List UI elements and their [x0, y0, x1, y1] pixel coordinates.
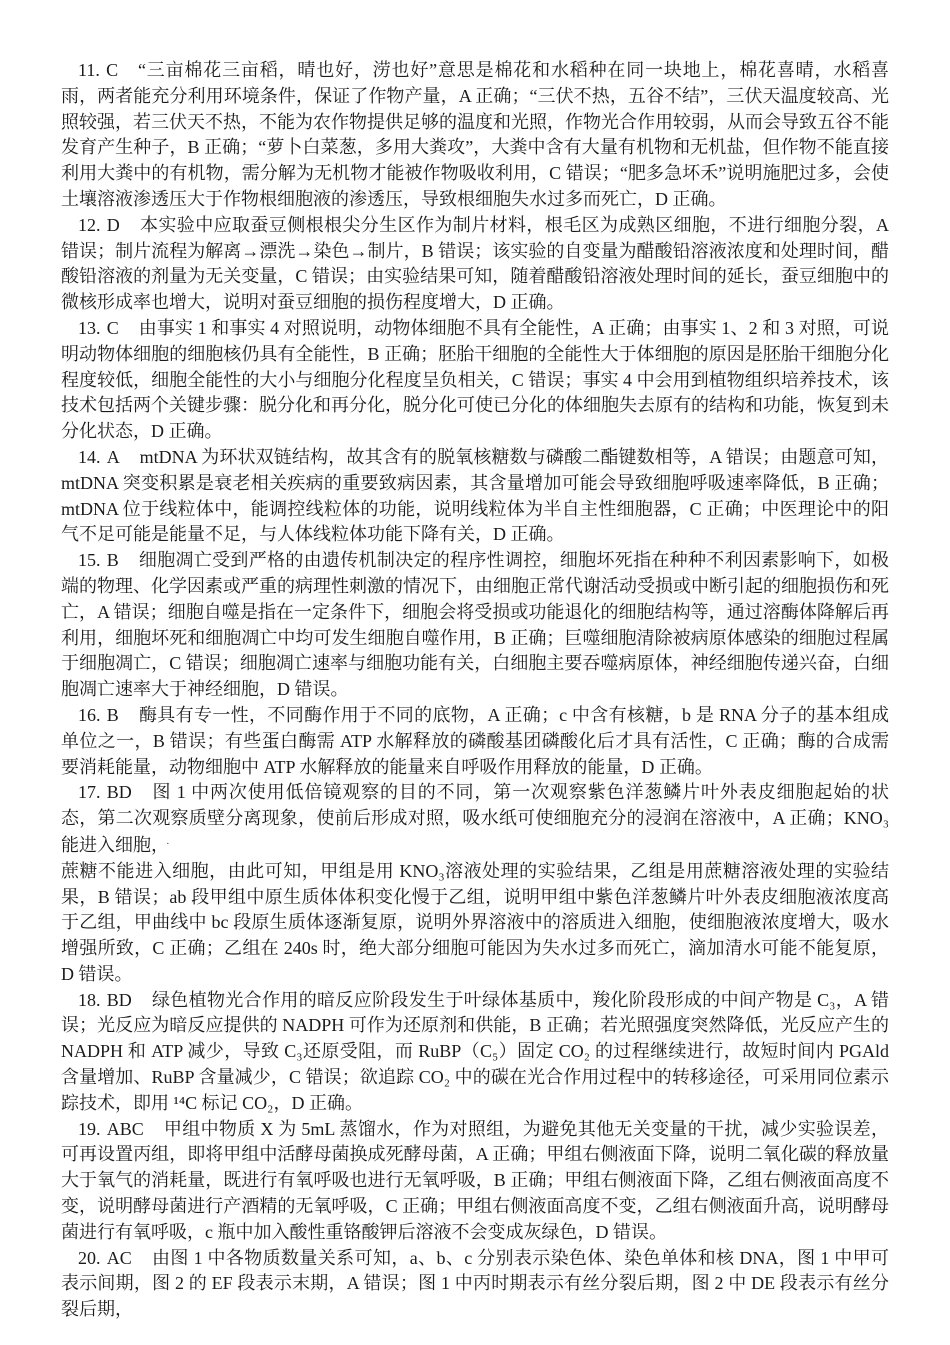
answer-paragraph: 15.B细胞凋亡受到严格的由遗传机制决定的程序性调控，细胞坏死指在种种不利因素影…: [61, 548, 889, 703]
question-number: 13.: [78, 318, 101, 338]
answer-letter: C: [106, 60, 118, 80]
answer-letter: ABC: [107, 1119, 144, 1139]
explanation-text: mtDNA 为环状双链结构，故其含有的脱氧核糖数与磷酸二酯键数相等，A 错误；由…: [61, 447, 889, 544]
answer-item-12: 12.D本实验中应取蚕豆侧根根尖分生区作为制片材料，根毛区为成熟区细胞，不进行细…: [61, 213, 889, 316]
answer-paragraph: 19.ABC甲组中物质 X 为 5mL 蒸馏水，作为对照组，为避免其他无关变量的…: [61, 1117, 889, 1246]
answer-letter: D: [107, 215, 120, 235]
explanation-text: 绿色植物光合作用的暗反应阶段发生于叶绿体基质中，羧化阶段形成的中间产物是 C₃，…: [61, 990, 889, 1113]
answer-paragraph: 13.C由事实 1 和事实 4 对照说明，动物体细胞不具有全能性，A 正确；由事…: [61, 316, 889, 445]
answer-item-14: 14.AmtDNA 为环状双链结构，故其含有的脱氧核糖数与磷酸二酯键数相等，A …: [61, 445, 889, 548]
question-number: 16.: [78, 705, 101, 725]
answer-paragraph: 14.AmtDNA 为环状双链结构，故其含有的脱氧核糖数与磷酸二酯键数相等，A …: [61, 445, 889, 548]
explanation-text: 甲组中物质 X 为 5mL 蒸馏水，作为对照组，为避免其他无关变量的干扰，减少实…: [61, 1119, 889, 1242]
explanation-text: 细胞凋亡受到严格的由遗传机制决定的程序性调控，细胞坏死指在种种不利因素影响下，如…: [61, 550, 889, 699]
answer-letter: A: [107, 447, 120, 467]
explanation-text-continued: 蔗糖不能进入细胞，由此可知，甲组是用 KNO₃溶液处理的实验结果，乙组是用蔗糖溶…: [61, 861, 889, 984]
question-number: 15.: [78, 550, 101, 570]
explanation-text: 本实验中应取蚕豆侧根根尖分生区作为制片材料，根毛区为成熟区细胞，不进行细胞分裂，…: [61, 215, 889, 312]
answer-item-17: 17.BD图 1 中两次使用低倍镜观察的目的不同，第一次观察紫色洋葱鳞片叶外表皮…: [61, 780, 889, 987]
explanation-text: 图 1 中两次使用低倍镜观察的目的不同，第一次观察紫色洋葱鳞片叶外表皮细胞起始的…: [61, 782, 889, 855]
answer-paragraph-continued: 蔗糖不能进入细胞，由此可知，甲组是用 KNO₃溶液处理的实验结果，乙组是用蔗糖溶…: [61, 859, 889, 988]
question-number: 20.: [78, 1248, 101, 1268]
answer-item-16: 16.B酶具有专一性，不同酶作用于不同的底物，A 正确；c 中含有核糖，b 是 …: [61, 703, 889, 780]
question-number: 12.: [78, 215, 101, 235]
answer-paragraph: 12.D本实验中应取蚕豆侧根根尖分生区作为制片材料，根毛区为成熟区细胞，不进行细…: [61, 213, 889, 316]
explanation-text: 酶具有专一性，不同酶作用于不同的底物，A 正确；c 中含有核糖，b 是 RNA …: [61, 705, 889, 777]
answer-letter: BD: [107, 990, 132, 1010]
question-number: 14.: [78, 447, 101, 467]
answer-item-18: 18.BD绿色植物光合作用的暗反应阶段发生于叶绿体基质中，羧化阶段形成的中间产物…: [61, 988, 889, 1117]
question-number: 11.: [78, 60, 100, 80]
answer-paragraph: 11.C“三亩棉花三亩稻，晴也好，涝也好”意思是棉花和水稻种在同一块地上，棉花喜…: [61, 58, 889, 213]
answer-letter: AC: [107, 1248, 132, 1268]
answer-letter: B: [107, 550, 119, 570]
answer-key-page: 11.C“三亩棉花三亩稻，晴也好，涝也好”意思是棉花和水稻种在同一块地上，棉花喜…: [0, 0, 950, 1345]
explanation-text: 由图 1 中各物质数量关系可知，a、b、c 分别表示染色体、染色单体和核 DNA…: [61, 1248, 889, 1320]
question-number: 17.: [78, 782, 101, 802]
question-number: 19.: [78, 1119, 101, 1139]
question-number: 18.: [78, 990, 101, 1010]
answer-item-15: 15.B细胞凋亡受到严格的由遗传机制决定的程序性调控，细胞坏死指在种种不利因素影…: [61, 548, 889, 703]
explanation-text: “三亩棉花三亩稻，晴也好，涝也好”意思是棉花和水稻种在同一块地上，棉花喜晴，水稻…: [61, 60, 889, 209]
answer-item-13: 13.C由事实 1 和事实 4 对照说明，动物体细胞不具有全能性，A 正确；由事…: [61, 316, 889, 445]
answer-letter: B: [107, 705, 119, 725]
answer-paragraph: 20.AC由图 1 中各物质数量关系可知，a、b、c 分别表示染色体、染色单体和…: [61, 1246, 889, 1323]
answer-item-20: 20.AC由图 1 中各物质数量关系可知，a、b、c 分别表示染色体、染色单体和…: [61, 1246, 889, 1323]
stray-dot-mark: ·: [166, 838, 170, 850]
answer-letter: BD: [107, 782, 132, 802]
answer-paragraph: 18.BD绿色植物光合作用的暗反应阶段发生于叶绿体基质中，羧化阶段形成的中间产物…: [61, 988, 889, 1117]
answer-item-19: 19.ABC甲组中物质 X 为 5mL 蒸馏水，作为对照组，为避免其他无关变量的…: [61, 1117, 889, 1246]
answer-letter: C: [107, 318, 119, 338]
answer-paragraph: 16.B酶具有专一性，不同酶作用于不同的底物，A 正确；c 中含有核糖，b 是 …: [61, 703, 889, 780]
answer-item-11: 11.C“三亩棉花三亩稻，晴也好，涝也好”意思是棉花和水稻种在同一块地上，棉花喜…: [61, 58, 889, 213]
answer-paragraph: 17.BD图 1 中两次使用低倍镜观察的目的不同，第一次观察紫色洋葱鳞片叶外表皮…: [61, 780, 889, 858]
explanation-text: 由事实 1 和事实 4 对照说明，动物体细胞不具有全能性，A 正确；由事实 1、…: [61, 318, 889, 441]
